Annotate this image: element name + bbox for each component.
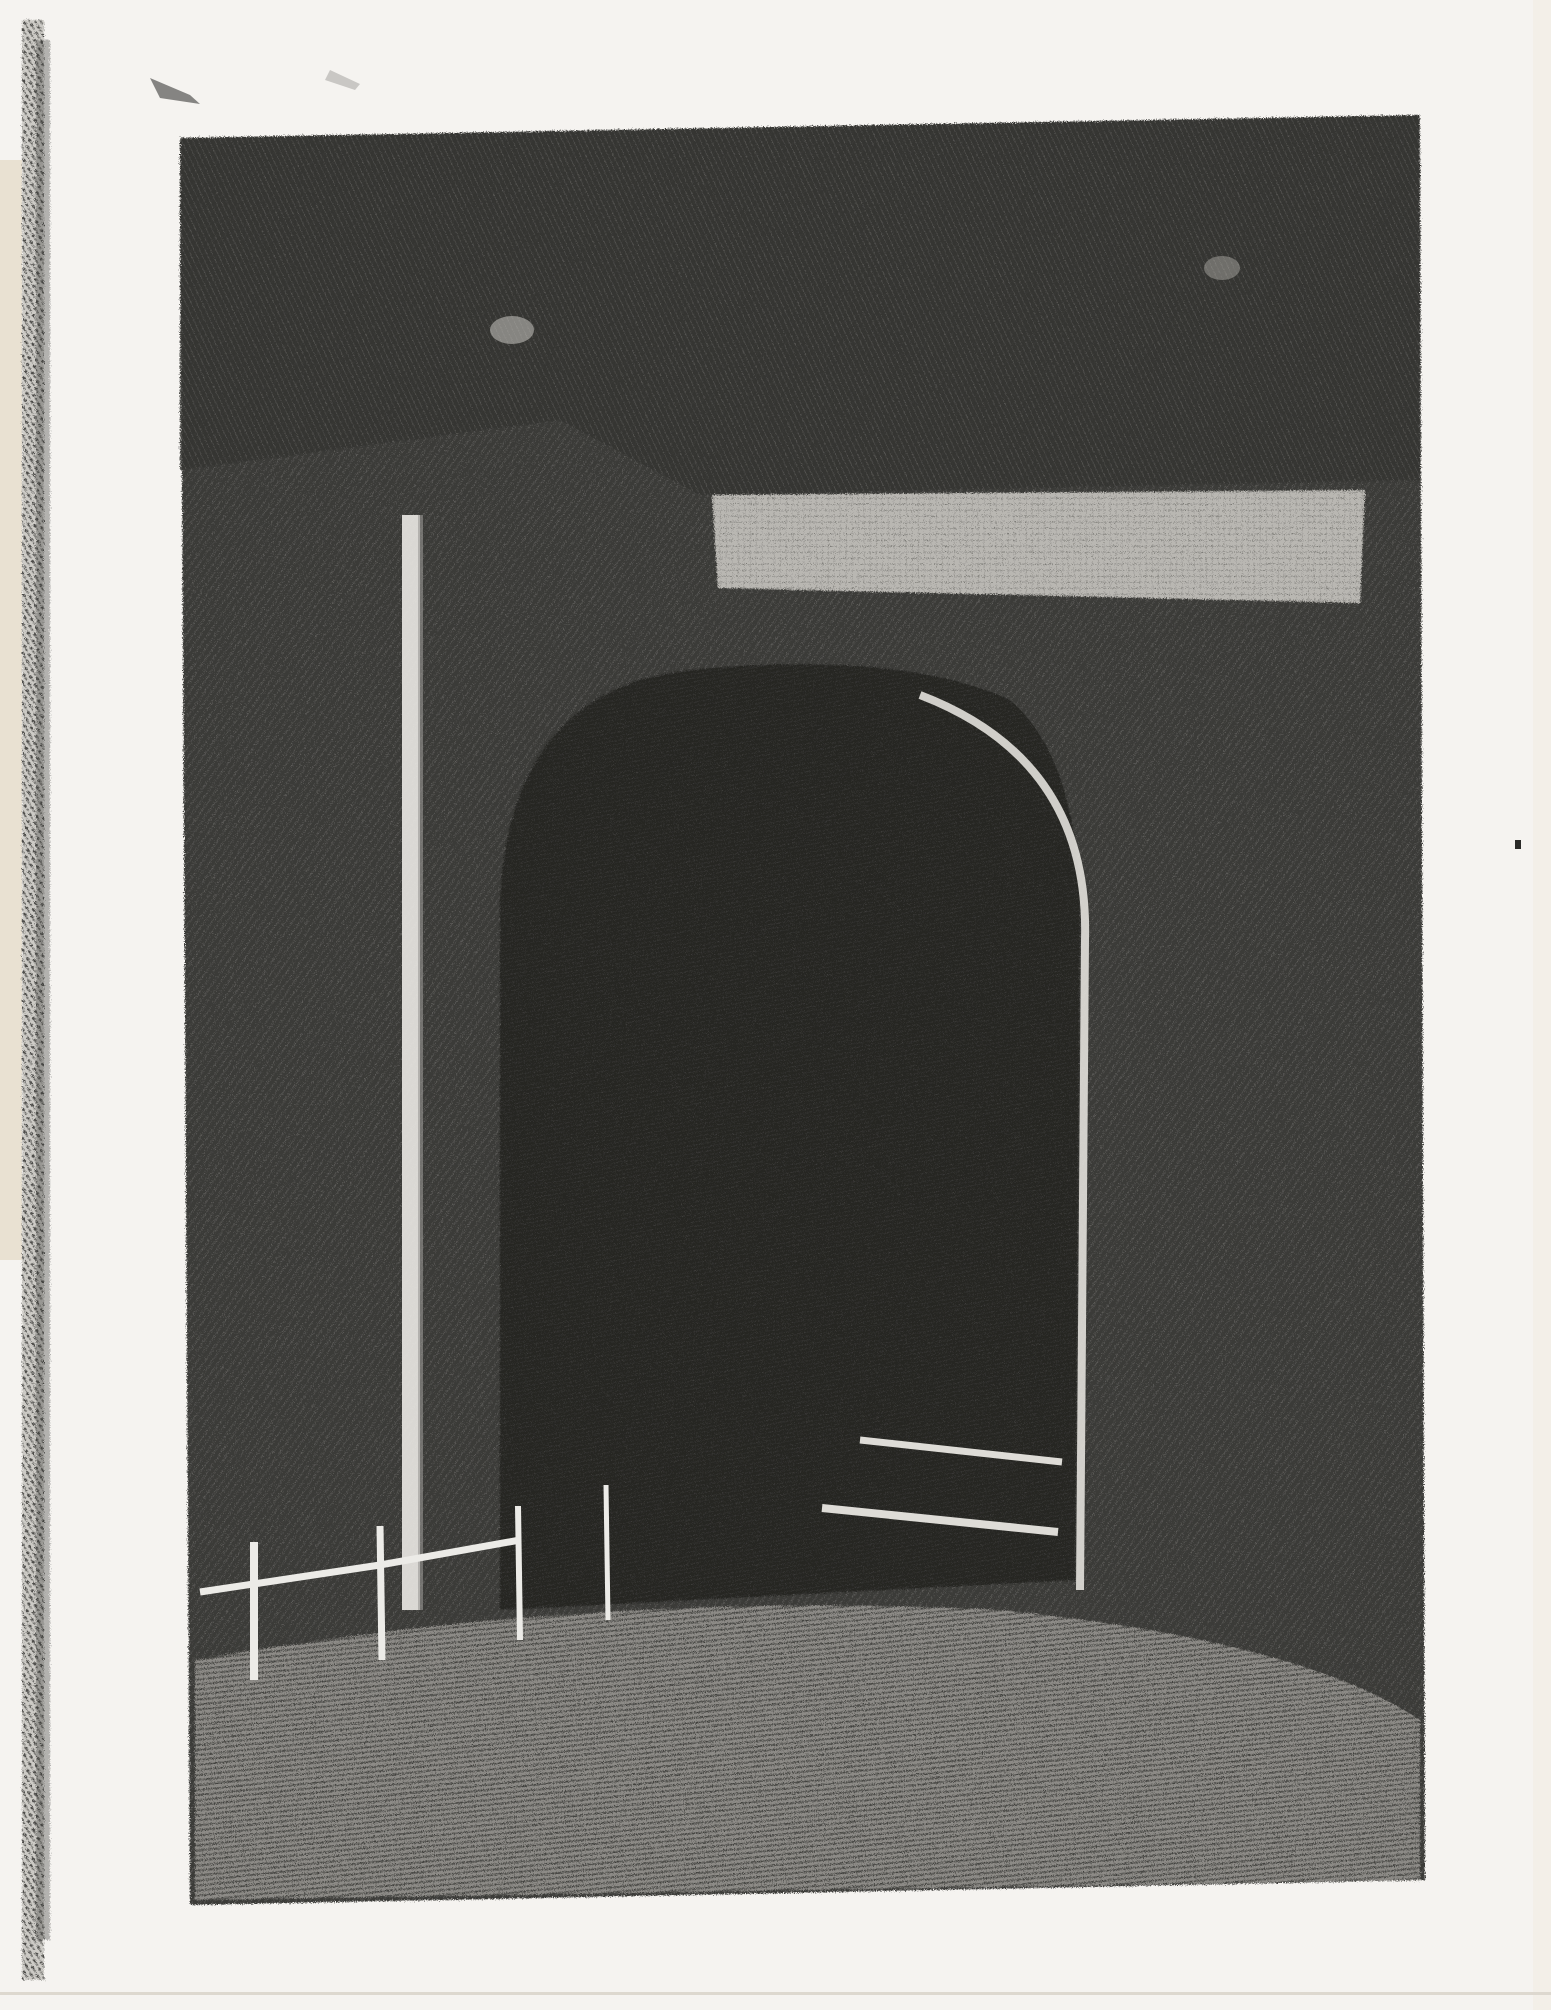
light-smudge (1204, 256, 1240, 280)
left-margin-plate-strip (22, 20, 50, 1980)
dark-arch-opening (500, 664, 1080, 1610)
light-lintel-band (712, 490, 1365, 603)
stray-plate-marks (150, 70, 360, 104)
light-smudge (490, 316, 534, 344)
plate-image (180, 115, 1425, 1905)
ink-dot (1515, 840, 1521, 849)
etching-artwork (0, 0, 1551, 2010)
left-pale-post (402, 515, 420, 1610)
